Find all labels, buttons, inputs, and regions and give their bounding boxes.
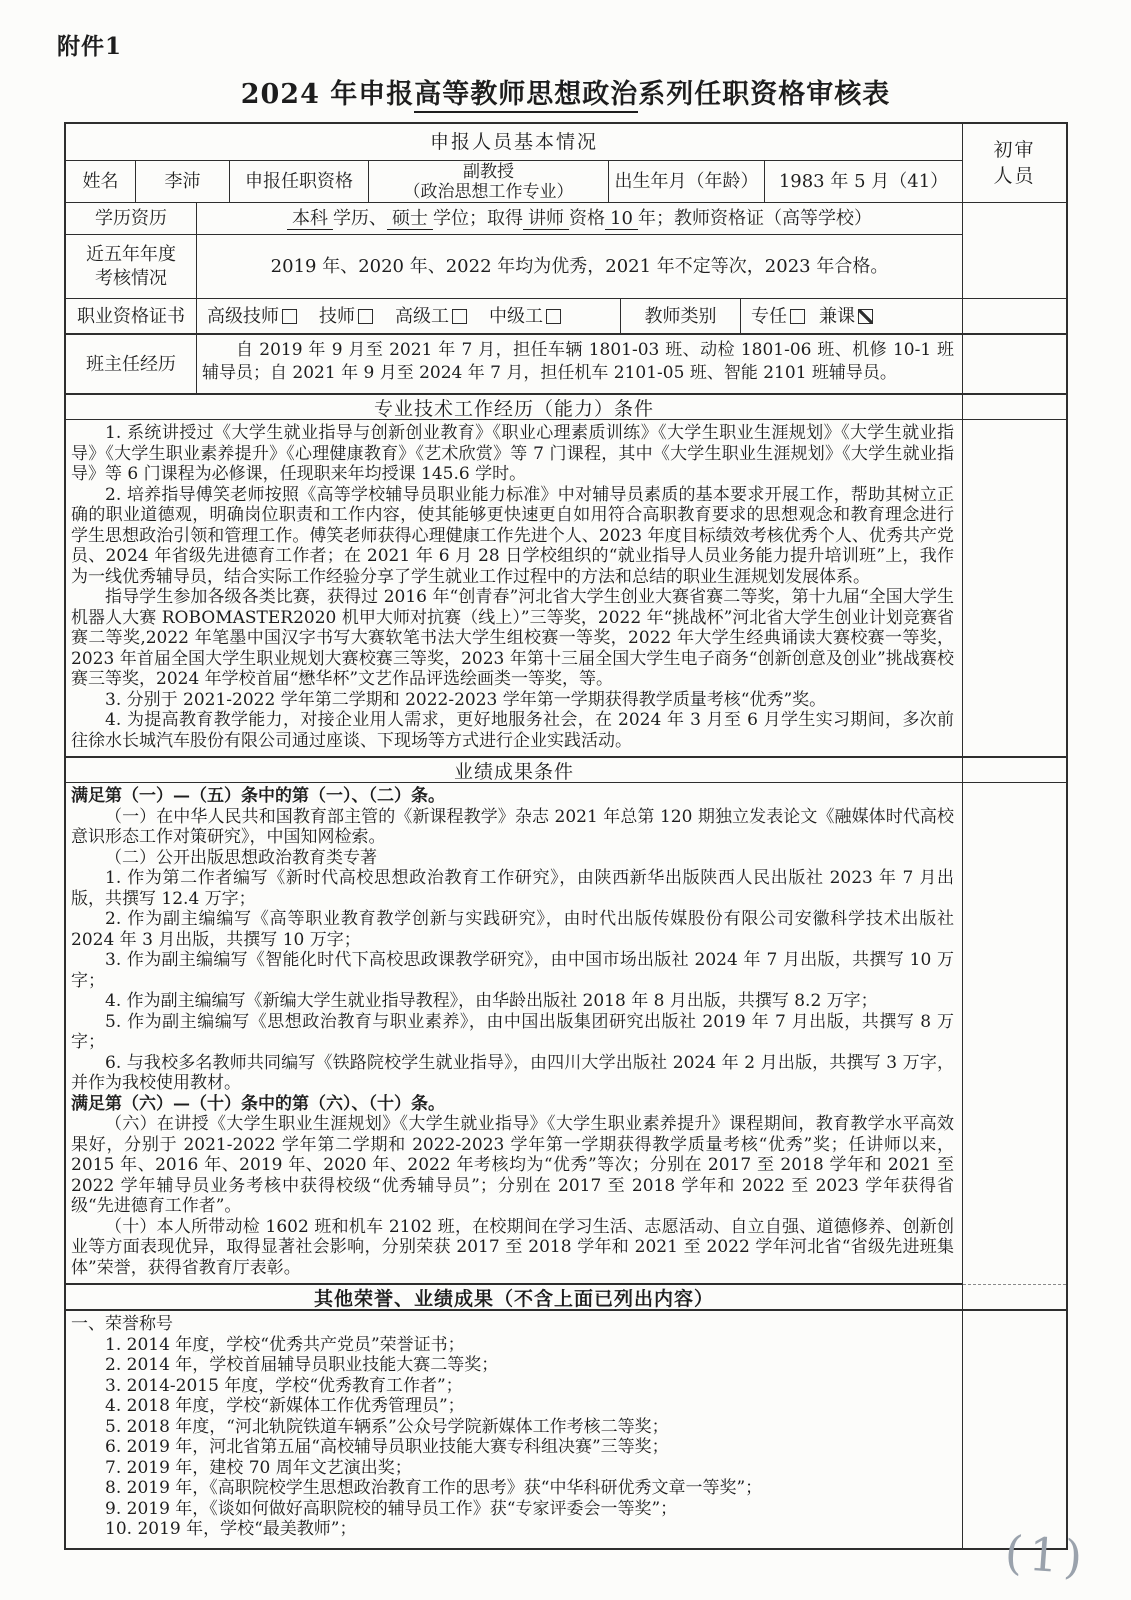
option: 高级技师 — [207, 306, 297, 327]
option-label: 兼课 — [819, 306, 855, 327]
paragraph: （十）本人所带动检 1602 班和机车 2102 班，在校期间在学习生活、志愿活… — [71, 1217, 954, 1279]
page-title: 2024 年申报高等教师思想政治系列任职资格审核表 — [0, 72, 1131, 111]
vocational-block: 职业资格证书 高级技师技师高级工中级工 教师类别 专任兼课 — [66, 299, 963, 335]
reviewer-cell — [963, 335, 1066, 395]
option-label: 中级工 — [489, 306, 543, 327]
name-row: 姓名 李沛 申报任职资格 副教授 （政治思想工作专业） 出生年月（年龄） 198… — [66, 161, 962, 202]
option: 高级工 — [395, 306, 467, 327]
section1-body: 1. 系统讲授过《大学生就业指导与创新创业教育》《职业心理素质训练》《大学生职业… — [66, 420, 963, 758]
paragraph: 4. 为提高教育教学能力，对接企业用人需求，更好地服务社会，在 2024 年 3… — [71, 710, 954, 751]
option-label: 技师 — [319, 306, 355, 327]
option-label: 高级工 — [395, 306, 449, 327]
education-row: 学历资历 本科 学历、硕士 学位；取得 讲师 资格 10 年；教师资格证（高等学… — [66, 203, 962, 235]
option: 专任 — [751, 306, 805, 327]
paragraph: 1. 2014 年度，学校“优秀共产党员”荣誉证书； — [71, 1335, 954, 1356]
assessment-value: 2019 年、2020 年、2022 年均为优秀，2021 年不定等次，2023… — [197, 235, 962, 298]
paragraph: （二）公开出版思想政治教育类专著 — [71, 848, 954, 869]
paragraph: 6. 2019 年，河北省第五届“高校辅导员职业技能大赛专科组决赛”三等奖； — [71, 1437, 954, 1458]
attachment-label: 附件1 — [57, 28, 122, 61]
education-underlined-value: 10 — [605, 208, 638, 230]
apply-title-label: 申报任职资格 — [230, 161, 369, 202]
group-headteacher: 班主任经历 自 2019 年 9 月至 2021 年 7 月，担任车辆 1801… — [66, 335, 1066, 395]
reviewer-column-header: 初审 人员 — [963, 124, 1066, 203]
checkbox-icon — [452, 309, 467, 324]
paragraph: 9. 2019 年，《谈如何做好高职院校的辅导员工作》获“专家评委会一等奖”； — [71, 1499, 954, 1520]
reviewer-cell — [963, 420, 1066, 758]
group-section3-body: 一、荣誉称号1. 2014 年度，学校“优秀共产党员”荣誉证书；2. 2014 … — [66, 1311, 1066, 1548]
headteacher-label: 班主任经历 — [66, 335, 197, 393]
teacher-type-label: 教师类别 — [621, 299, 741, 333]
section3-header-block: 其他荣誉、业绩成果（不含上面已列出内容） — [66, 1285, 963, 1311]
handwritten-page-number: (1) — [1003, 1525, 1090, 1585]
paragraph: 7. 2019 年，建校 70 周年文艺演出奖； — [71, 1458, 954, 1479]
apply-title-value: 副教授 （政治思想工作专业） — [369, 161, 609, 202]
paragraph: 1. 作为第二作者编写《新时代高校思想政治教育工作研究》，由陕西新华出版陕西人民… — [71, 868, 954, 909]
reviewer-cell — [963, 395, 1066, 420]
paragraph: 2. 作为副主编编写《高等职业教育教学创新与实践研究》，由时代出版传媒股份有限公… — [71, 909, 954, 950]
reviewer-cell — [963, 203, 1066, 299]
paragraph: 6. 与我校多名教师共同编写《铁路院校学生就业指导》，由四川大学出版社 2024… — [71, 1053, 954, 1094]
checkbox-icon — [358, 309, 373, 324]
name-label: 姓名 — [66, 161, 136, 202]
paragraph: 1. 系统讲授过《大学生就业指导与创新创业教育》《职业心理素质训练》《大学生职业… — [71, 423, 954, 485]
education-underlined-value: 硕士 — [387, 208, 433, 230]
headteacher-value: 自 2019 年 9 月至 2021 年 7 月，担任车辆 1801-03 班、… — [197, 335, 962, 393]
education-text: 年；教师资格证（高等学校） — [638, 208, 872, 229]
group-section1-body: 1. 系统讲授过《大学生就业指导与创新创业教育》《职业心理素质训练》《大学生职业… — [66, 420, 1066, 758]
education-text: 资格 — [569, 208, 605, 229]
paragraph: 指导学生参加各级各类比赛，获得过 2016 年“创青春”河北省大学生创业大赛省赛… — [71, 587, 954, 690]
paragraph: 4. 作为副主编编写《新编大学生就业指导教程》，由华龄出版社 2018 年 8 … — [71, 991, 954, 1012]
education-label: 学历资历 — [66, 203, 197, 234]
review-form-table: 申报人员基本情况 姓名 李沛 申报任职资格 副教授 （政治思想工作专业） 出生年… — [64, 122, 1068, 1550]
teacher-type-options: 专任兼课 — [741, 299, 962, 333]
paragraph: （一）在中华人民共和国教育部主管的《新课程教学》杂志 2021 年总第 120 … — [71, 807, 954, 848]
reviewer-cell — [963, 299, 1066, 335]
vocational-options: 高级技师技师高级工中级工 — [197, 299, 621, 333]
section1-header-block: 专业技术工作经历（能力）条件 — [66, 395, 963, 420]
education-text: 学历、 — [333, 208, 387, 229]
reviewer-cell — [963, 758, 1066, 783]
checkbox-checked-icon — [858, 309, 873, 324]
group-education-assessment: 学历资历 本科 学历、硕士 学位；取得 讲师 资格 10 年；教师资格证（高等学… — [66, 203, 1066, 299]
reviewer-cell — [963, 1311, 1066, 1548]
paragraph: 一、荣誉称号 — [71, 1314, 954, 1335]
group-section2-body: 满足第（一）—（五）条中的第（一）、（二）条。（一）在中华人民共和国教育部主管的… — [66, 783, 1066, 1285]
education-underlined-value: 本科 — [287, 208, 333, 230]
checkbox-icon — [282, 309, 297, 324]
section2-body: 满足第（一）—（五）条中的第（一）、（二）条。（一）在中华人民共和国教育部主管的… — [66, 783, 963, 1285]
paragraph: 3. 2014-2015 年度，学校“优秀教育工作者”； — [71, 1376, 954, 1397]
option: 兼课 — [819, 306, 873, 327]
paragraph: 5. 2018 年度，“河北轨院铁道车辆系”公众号学院新媒体工作考核二等奖； — [71, 1417, 954, 1438]
assessment-label: 近五年年度 考核情况 — [66, 235, 197, 298]
option-label: 专任 — [751, 306, 787, 327]
section2-header-block: 业绩成果条件 — [66, 758, 963, 783]
name-value: 李沛 — [136, 161, 230, 202]
group-vocational: 职业资格证书 高级技师技师高级工中级工 教师类别 专任兼课 — [66, 299, 1066, 335]
group-section1-header: 专业技术工作经历（能力）条件 — [66, 395, 1066, 420]
headteacher-row: 班主任经历 自 2019 年 9 月至 2021 年 7 月，担任车辆 1801… — [66, 335, 962, 393]
page-title-underlined: 高等教师思想政治 — [414, 79, 638, 113]
vocational-row: 职业资格证书 高级技师技师高级工中级工 教师类别 专任兼课 — [66, 299, 962, 333]
education-underlined-value: 讲师 — [523, 208, 569, 230]
section1-header: 专业技术工作经历（能力）条件 — [66, 395, 962, 419]
paragraph: 4. 2018 年度，学校“新媒体工作优秀管理员”； — [71, 1396, 954, 1417]
checkbox-icon — [546, 309, 561, 324]
option: 技师 — [319, 306, 373, 327]
section3-header: 其他荣誉、业绩成果（不含上面已列出内容） — [66, 1285, 962, 1309]
education-value: 本科 学历、硕士 学位；取得 讲师 资格 10 年；教师资格证（高等学校） — [197, 203, 962, 234]
paragraph: 满足第（六）—（十）条中的第（六）、（十）条。 — [71, 1094, 954, 1115]
basic-info-header-row: 申报人员基本情况 — [66, 124, 962, 161]
section3-body: 一、荣誉称号1. 2014 年度，学校“优秀共产党员”荣誉证书；2. 2014 … — [66, 1311, 963, 1548]
paragraph: 2. 2014 年，学校首届辅导员职业技能大赛二等奖； — [71, 1355, 954, 1376]
paragraph: 10. 2019 年，学校“最美教师”； — [71, 1519, 954, 1540]
checkbox-icon — [790, 309, 805, 324]
paragraph: 2. 培养指导傅笑老师按照《高等学校辅导员职业能力标准》中对辅导员素质的基本要求… — [71, 485, 954, 588]
paragraph: 5. 作为副主编编写《思想政治教育与职业素养》，由中国出版集团研究出版社 201… — [71, 1012, 954, 1053]
group-basic-top: 申报人员基本情况 姓名 李沛 申报任职资格 副教授 （政治思想工作专业） 出生年… — [66, 124, 1066, 203]
group-section2-header: 业绩成果条件 — [66, 758, 1066, 783]
option: 中级工 — [489, 306, 561, 327]
paragraph: 满足第（一）—（五）条中的第（一）、（二）条。 — [71, 786, 954, 807]
birth-value: 1983 年 5 月（41） — [765, 161, 962, 202]
assessment-row: 近五年年度 考核情况 2019 年、2020 年、2022 年均为优秀，2021… — [66, 235, 962, 298]
paragraph: （六）在讲授《大学生职业生涯规划》《大学生就业指导》《大学生职业素养提升》课程期… — [71, 1114, 954, 1217]
group-section3-header: 其他荣誉、业绩成果（不含上面已列出内容） — [66, 1285, 1066, 1311]
section2-header: 业绩成果条件 — [66, 758, 962, 782]
basic-info-header: 申报人员基本情况 — [66, 124, 962, 160]
headteacher-block: 班主任经历 自 2019 年 9 月至 2021 年 7 月，担任车辆 1801… — [66, 335, 963, 395]
page-title-suffix: 系列任职资格审核表 — [638, 79, 890, 110]
option-label: 高级技师 — [207, 306, 279, 327]
reviewer-cell — [963, 1285, 1066, 1311]
education-assessment-block: 学历资历 本科 学历、硕士 学位；取得 讲师 资格 10 年；教师资格证（高等学… — [66, 203, 963, 299]
birth-label: 出生年月（年龄） — [609, 161, 765, 202]
education-text: 学位；取得 — [433, 208, 523, 229]
paragraph: 3. 分别于 2021-2022 学年第二学期和 2022-2023 学年第一学… — [71, 690, 954, 711]
paragraph: 3. 作为副主编编写《智能化时代下高校思政课教学研究》，由中国市场出版社 202… — [71, 950, 954, 991]
reviewer-cell-dashed — [963, 783, 1066, 1285]
vocational-label: 职业资格证书 — [66, 299, 197, 333]
basic-info-block: 申报人员基本情况 姓名 李沛 申报任职资格 副教授 （政治思想工作专业） 出生年… — [66, 124, 963, 203]
page-title-prefix: 2024 年申报 — [241, 79, 415, 110]
paragraph: 8. 2019 年，《高职院校学生思想政治教育工作的思考》获“中华科研优秀文章一… — [71, 1478, 954, 1499]
